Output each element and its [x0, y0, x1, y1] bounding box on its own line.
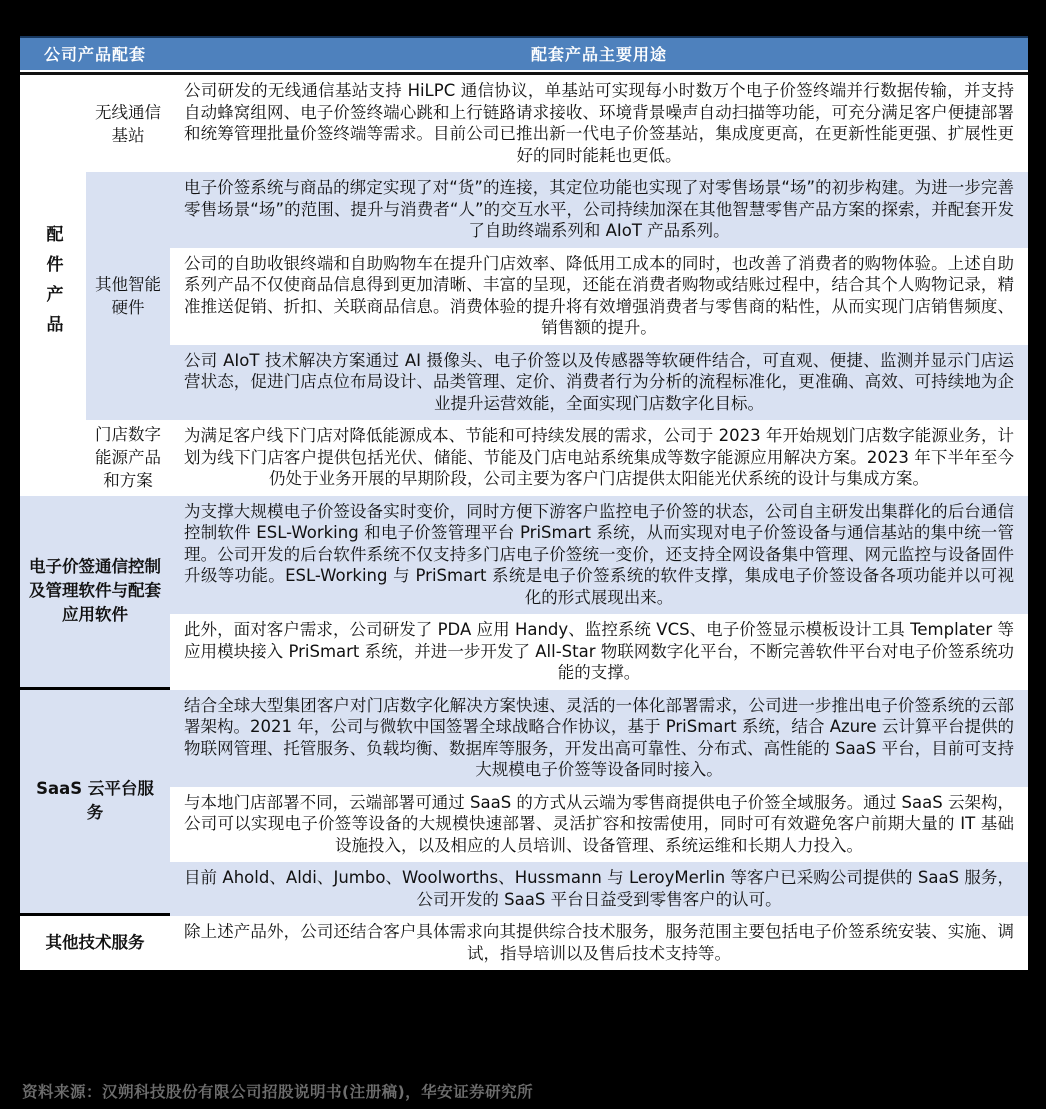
usage-text-esl-working-prismart: 为支撑大规模电子价签设备实时变价，同时方便下游客户监控电子价签的状态，公司自主研… — [170, 496, 1028, 615]
subcategory-cell-wireless-base-station: 无线通信基站 — [86, 75, 170, 172]
section-accessory-products: 配件产品 无线通信基站 公司研发的无线通信基站支持 HiLPC 通信协议，单基站… — [20, 75, 1028, 496]
usage-text-aiot-solution: 公司 AIoT 技术解决方案通过 AI 摄像头、电子价签以及传感器等软硬件结合，… — [170, 345, 1028, 421]
subcategory-cell-store-digital-energy: 门店数字能源产品和方案 — [86, 420, 170, 496]
header-cell-usage: 配套产品主要用途 — [170, 38, 1028, 70]
category-cell-saas-cloud: SaaS 云平台服务 — [20, 690, 170, 917]
category-cell-accessories: 配件产品 — [20, 75, 86, 496]
table-header-row: 公司产品配套 配套产品主要用途 — [20, 36, 1028, 70]
usage-text-wireless-base-station: 公司研发的无线通信基站支持 HiLPC 通信协议，单基站可实现每小时数万个电子价… — [170, 75, 1028, 172]
source-note: 资料来源：汉朔科技股份有限公司招股说明书(注册稿)，华安证券研究所 — [22, 1080, 1022, 1102]
usage-text-store-digital-energy: 为满足客户线下门店对降低能源成本、节能和可持续发展的需求，公司于 2023 年开… — [170, 420, 1028, 496]
product-usage-table: 公司产品配套 配套产品主要用途 配件产品 无线通信基站 公司研发的无线通信基站支… — [20, 36, 1028, 970]
usage-text-saas-deployment: 与本地门店部署不同，云端部署可通过 SaaS 的方式从云端为零售商提供电子价签全… — [170, 787, 1028, 863]
usage-text-saas-architecture: 结合全球大型集团客户对门店数字化解决方案快速、灵活的一体化部署需求，公司进一步推… — [170, 690, 1028, 787]
category-label-esl-software: 电子价签通信控制及管理软件与配套应用软件 — [28, 555, 162, 627]
category-cell-other-services: 其他技术服务 — [20, 916, 170, 970]
category-label-other-services: 其他技术服务 — [46, 931, 145, 955]
header-cell-product: 公司产品配套 — [20, 38, 170, 70]
subcategory-label-smart-hardware: 其他智能硬件 — [90, 273, 166, 319]
usage-text-other-services: 除上述产品外，公司还结合客户具体需求向其提供综合技术服务，服务范围主要包括电子价… — [170, 916, 1028, 970]
section-other-technical-services: 其他技术服务 除上述产品外，公司还结合客户具体需求向其提供综合技术服务，服务范围… — [20, 916, 1028, 970]
category-cell-esl-software: 电子价签通信控制及管理软件与配套应用软件 — [20, 496, 170, 690]
section-saas-cloud: SaaS 云平台服务 结合全球大型集团客户对门店数字化解决方案快速、灵活的一体化… — [20, 690, 1028, 917]
category-label-accessories: 配件产品 — [41, 225, 66, 345]
section-esl-software: 电子价签通信控制及管理软件与配套应用软件 为支撑大规模电子价签设备实时变价，同时… — [20, 496, 1028, 690]
subcategory-label-wireless: 无线通信基站 — [90, 101, 166, 147]
category-label-saas-cloud: SaaS 云平台服务 — [28, 777, 162, 825]
usage-text-saas-customers: 目前 Ahold、Aldi、Jumbo、Woolworths、Hussmann … — [170, 862, 1028, 916]
usage-text-smart-hardware-overview: 电子价签系统与商品的绑定实现了对“货”的连接，其定位功能也实现了对零售场景“场”… — [170, 172, 1028, 248]
usage-text-self-checkout: 公司的自助收银终端和自助购物车在提升门店效率、降低用工成本的同时，也改善了消费者… — [170, 248, 1028, 345]
subcategory-label-store-energy: 门店数字能源产品和方案 — [90, 423, 166, 492]
report-figure: 公司产品配套 配套产品主要用途 配件产品 无线通信基站 公司研发的无线通信基站支… — [0, 0, 1046, 1109]
subcategory-cell-other-smart-hardware: 其他智能硬件 — [86, 172, 170, 420]
usage-text-software-modules: 此外，面对客户需求，公司研发了 PDA 应用 Handy、监控系统 VCS、电子… — [170, 614, 1028, 690]
